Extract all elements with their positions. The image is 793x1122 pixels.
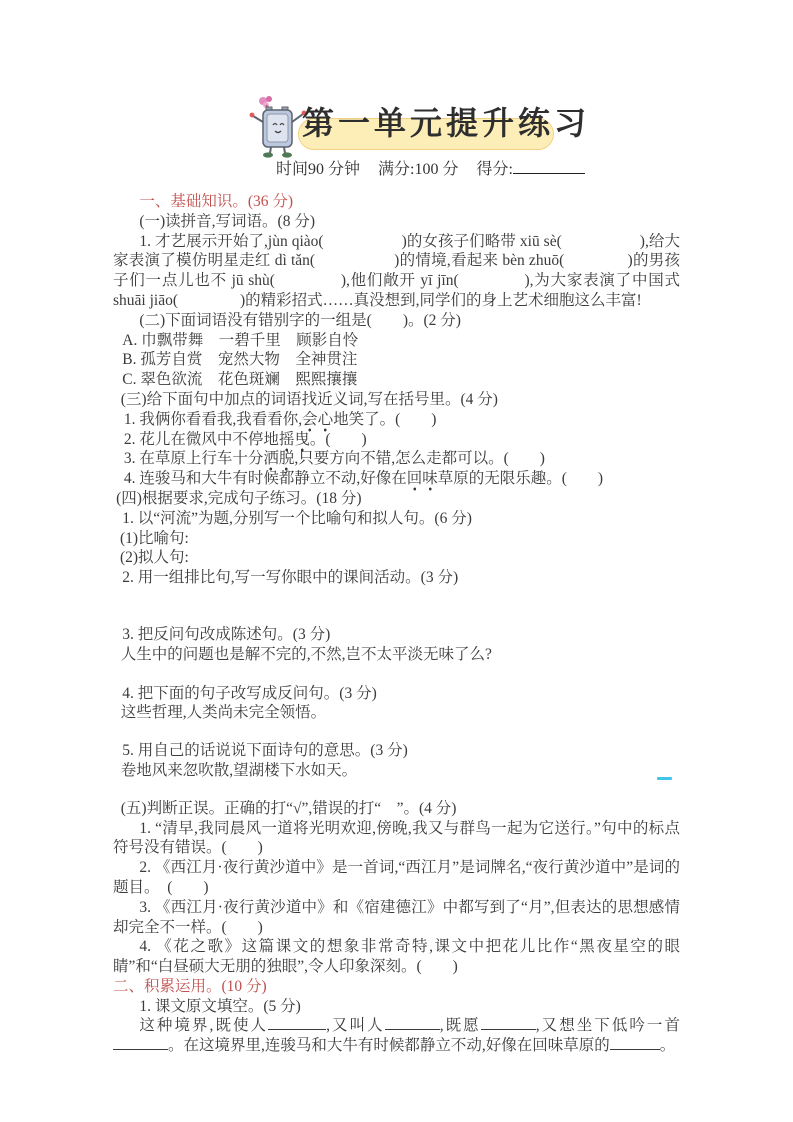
section-heading: 二、积累运用。(10 分) [113, 977, 680, 997]
fill-in-blank [481, 1016, 536, 1030]
paragraph: 2. 用一组排比句,写一写你眼中的课间活动。(3 分) [113, 568, 680, 588]
fill-in-blank [385, 1016, 440, 1030]
paragraph: 2. 花儿在微风中不停地摇曳。( ) [113, 430, 680, 450]
document-body: 一、基础知识。(36 分)(一)读拼音,写词语。(8 分)1. 才艺展示开始了,… [113, 192, 680, 1056]
page-title: 第一单元提升练习 [302, 98, 556, 144]
exam-full-score: 满分:100 分 [378, 161, 458, 178]
paragraph: A. 巾飘带舞 一碧千里 顾影自怜 [113, 331, 680, 351]
paragraph: 1. “清早,我同晨风一道将光明欢迎,傍晚,我又与群鸟一起为它送行。”句中的标点… [113, 819, 680, 859]
score-blank [513, 159, 585, 174]
paragraph: 这些哲理,人类尚未完全领悟。 [113, 703, 680, 723]
paragraph: 这种境界,既使人,又叫人,既愿,又想坐下低吟一首。在这境界里,连骏马和大牛有时候… [113, 1016, 680, 1056]
emphasized-word: 会心 [302, 411, 333, 432]
paragraph: 1. 才艺展示开始了,jùn qiào( )的女孩子们略带 xiū sè( ),… [113, 232, 680, 311]
paragraph: (二)下面词语没有错别字的一组是( )。(2 分) [113, 311, 680, 331]
paragraph: 5. 用自己的话说说下面诗句的意思。(3 分) [113, 741, 680, 761]
paragraph: 卷地风来忽吹散,望湖楼下水如天。 [113, 761, 680, 781]
paragraph: 3. 在草原上行车十分洒脱,只要方向不错,怎么走都可以。( ) [113, 449, 680, 469]
emphasized-word: 回味 [407, 470, 438, 491]
paragraph: 1. 我俩你看看我,我看看你,会心地笑了。( ) [113, 410, 680, 430]
paragraph: (2)拟人句: [113, 548, 680, 568]
paragraph: 4. 把下面的句子改写成反问句。(3 分) [113, 684, 680, 704]
fill-in-blank [610, 1036, 660, 1050]
paragraph: (1)比喻句: [113, 529, 680, 549]
paragraph: 3. 《西江月·夜行黄沙道中》和《宿建德江》中都写到了“月”,但表达的思想感情却… [113, 898, 680, 938]
paragraph: C. 翠色欲流 花色斑斓 熙熙攘攘 [113, 370, 680, 390]
paragraph: (四)根据要求,完成句子练习。(18 分) [113, 489, 680, 509]
paragraph: (一)读拼音,写词语。(8 分) [113, 212, 680, 232]
paragraph: B. 孤芳自赏 宠然大物 全神贯注 [113, 350, 680, 370]
paragraph: 1. 课文原文填空。(5 分) [113, 997, 680, 1017]
paragraph: 4. 《花之歌》这篇课文的想象非常奇特,课文中把花儿比作“黑夜星空的眼睛”和“白… [113, 937, 680, 977]
document-page: 第一单元提升练习 时间90 分钟 满分:100 分 得分: 一、基础知识。(36… [0, 0, 793, 1122]
fill-in-blank [268, 1016, 326, 1030]
section-heading: 一、基础知识。(36 分) [113, 192, 680, 212]
paragraph: 3. 把反问句改成陈述句。(3 分) [113, 625, 680, 645]
exam-time: 时间90 分钟 [276, 161, 360, 178]
paragraph: 2. 《西江月·夜行黄沙道中》是一首词,“西江月”是词牌名,“夜行黄沙道中”是词… [113, 858, 680, 898]
title-banner: 第一单元提升练习 [298, 98, 568, 150]
paragraph: 人生中的问题也是解不完的,不然,岂不太平淡无味了么? [113, 645, 680, 665]
paragraph: (三)给下面句中加点的词语找近义词,写在括号里。(4 分) [113, 390, 680, 410]
exam-meta: 时间90 分钟 满分:100 分 得分: [276, 156, 576, 179]
paragraph: 1. 以“河流”为题,分别写一个比喻句和拟人句。(6 分) [113, 509, 680, 529]
cyan-dash-mark [657, 777, 672, 780]
paragraph: 4. 连骏马和大牛有时候都静立不动,好像在回味草原的无限乐趣。( ) [113, 469, 680, 489]
score-label: 得分: [476, 161, 512, 178]
paragraph: (五)判断正误。正确的打“√”,错误的打“ ”。(4 分) [113, 799, 680, 819]
fill-in-blank [113, 1036, 168, 1050]
